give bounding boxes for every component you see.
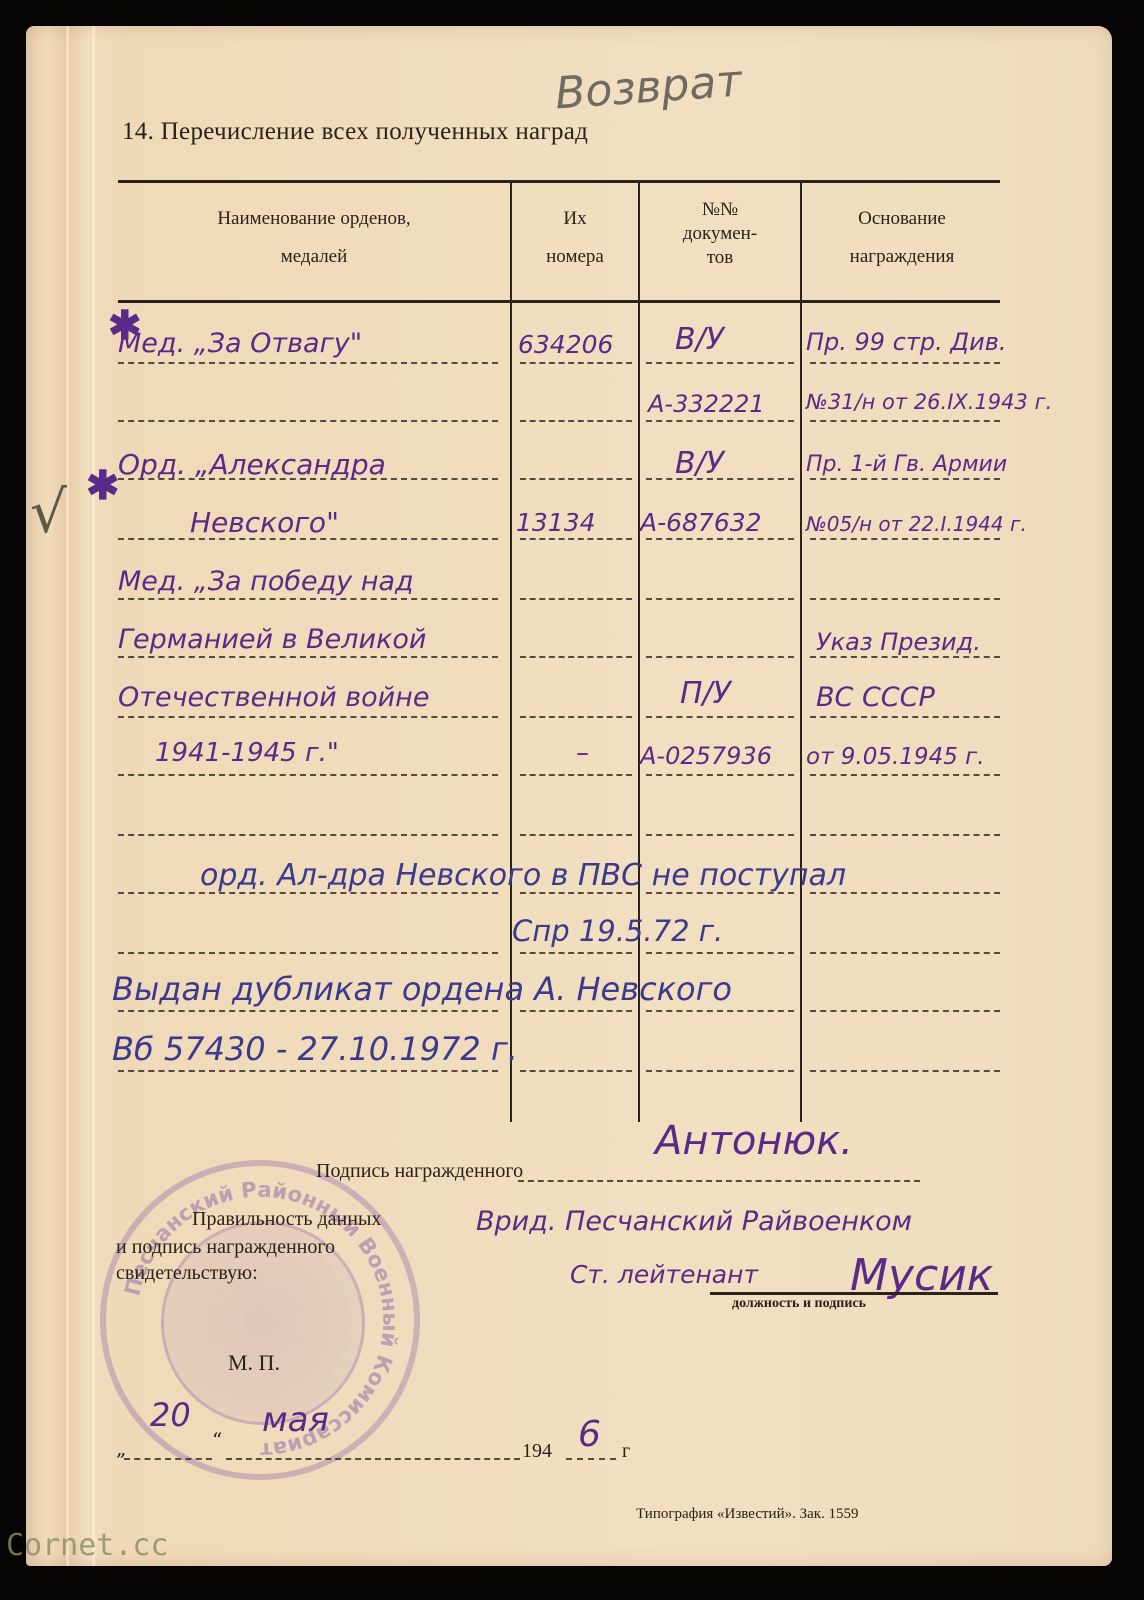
award-name: Мед. „За победу над (118, 566, 414, 597)
row-dotted-line (520, 1010, 632, 1012)
recipient-signature-label: Подпись награжденного (316, 1160, 523, 1183)
row-dotted-line (118, 774, 498, 776)
row-dotted-line (646, 952, 794, 954)
award-basis: №05/н от 22.I.1944 г. (806, 512, 1027, 536)
asterisk-mark: ✱ (86, 462, 120, 509)
certify-label: свидетельствую: (116, 1262, 258, 1285)
section-title: 14. Перечисление всех полученных наград (122, 118, 588, 146)
column-divider (800, 182, 802, 1122)
row-dotted-line (520, 1070, 632, 1072)
date-year-line (566, 1458, 616, 1460)
date-day-line (124, 1458, 212, 1460)
row-dotted-line (646, 834, 794, 836)
row-dotted-line (646, 1070, 794, 1072)
seal-label: М. П. (228, 1350, 280, 1376)
award-name: Германией в Великой (118, 624, 426, 655)
award-basis: №31/н от 26.IX.1943 г. (806, 390, 1052, 414)
award-name: Орд. „Александра (118, 448, 386, 481)
award-doc: А-687632 (640, 508, 762, 537)
date-year-suffix: 6 (578, 1414, 601, 1455)
row-dotted-line (118, 598, 498, 600)
award-name: Отечественной войне (118, 682, 429, 713)
award-number: – (576, 738, 589, 768)
row-dotted-line (520, 834, 632, 836)
row-dotted-line (520, 716, 632, 718)
row-dotted-line (810, 598, 1000, 600)
row-dotted-line (118, 1070, 498, 1072)
paper-fold (66, 26, 69, 1566)
award-doc: П/У (680, 676, 731, 711)
blue-note: Выдан дубликат ордена А. Невского (112, 970, 732, 1008)
award-basis: Пр. 1-й Гв. Армии (806, 452, 1007, 477)
row-dotted-line (646, 538, 794, 540)
row-dotted-line (520, 774, 632, 776)
row-dotted-line (520, 656, 632, 658)
row-dotted-line (520, 538, 632, 540)
row-dotted-line (810, 1070, 1000, 1072)
row-dotted-line (118, 834, 498, 836)
officer-title: Врид. Песчанский Райвоенком (476, 1206, 912, 1237)
table-header-rule (118, 300, 1000, 303)
row-dotted-line (520, 952, 632, 954)
row-dotted-line (810, 716, 1000, 718)
award-name: Невского" (190, 506, 339, 539)
row-dotted-line (118, 420, 498, 422)
row-dotted-line (810, 538, 1000, 540)
row-dotted-line (810, 774, 1000, 776)
row-dotted-line (810, 362, 1000, 364)
certify-label: и подпись награжденного (116, 1236, 335, 1259)
date-g: г (622, 1440, 630, 1463)
row-dotted-line (810, 834, 1000, 836)
recipient-signature: Антонюк. (655, 1118, 853, 1164)
award-number: 13134 (516, 508, 596, 537)
table-top-rule (118, 180, 1000, 183)
row-dotted-line (520, 362, 632, 364)
row-dotted-line (118, 952, 498, 954)
header-basis: Основание награждения (802, 207, 1002, 269)
row-dotted-line (118, 1010, 498, 1012)
row-dotted-line (810, 420, 1000, 422)
watermark: Cornet.cc (6, 1528, 169, 1563)
row-dotted-line (118, 656, 498, 658)
award-basis: ВС СССР (816, 682, 935, 713)
row-dotted-line (646, 362, 794, 364)
quote-mark: “ (212, 1428, 222, 1452)
award-name: Мед. „За Отвагу" (118, 328, 362, 359)
row-dotted-line (118, 716, 498, 718)
quote-mark: „ (116, 1436, 126, 1460)
row-dotted-line (810, 1010, 1000, 1012)
row-dotted-line (646, 1010, 794, 1012)
row-dotted-line (520, 598, 632, 600)
row-dotted-line (810, 656, 1000, 658)
award-doc: В/У (675, 446, 724, 481)
row-dotted-line (810, 478, 1000, 480)
award-basis: от 9.05.1945 г. (806, 744, 985, 770)
row-dotted-line (646, 598, 794, 600)
row-dotted-line (520, 478, 632, 480)
award-basis: Указ Презид. (816, 628, 981, 656)
award-number: 634206 (518, 330, 613, 359)
row-dotted-line (520, 420, 632, 422)
date-month: мая (262, 1400, 329, 1440)
row-dotted-line (646, 420, 794, 422)
header-documents: №№ докумен- тов (640, 198, 800, 270)
blue-note: Спр 19.5.72 г. (512, 914, 723, 948)
date-day: 20 (150, 1396, 191, 1434)
header-award-name: Наименование орденов, медалей (120, 207, 508, 269)
officer-rank: Ст. лейтенант (570, 1260, 758, 1289)
row-dotted-line (646, 716, 794, 718)
certify-label: Правильность данных (192, 1208, 381, 1231)
row-dotted-line (810, 952, 1000, 954)
row-dotted-line (646, 656, 794, 658)
date-year-prefix: 194 (522, 1440, 552, 1463)
date-month-line (226, 1458, 520, 1460)
header-numbers: Их номера (512, 207, 638, 269)
award-name: 1941-1945 г." (155, 738, 339, 768)
row-dotted-line (646, 774, 794, 776)
row-dotted-line (118, 362, 498, 364)
printer-imprint: Типография «Известий». Зак. 1559 (636, 1506, 859, 1523)
signature-line (518, 1180, 920, 1182)
pencil-checkmark: √ (30, 478, 67, 546)
blue-note: орд. Ал-дра Невского в ПВС не поступал (200, 858, 846, 893)
blue-note: Вб 57430 - 27.10.1972 г. (112, 1030, 518, 1068)
award-doc: А-0257936 (640, 742, 772, 770)
award-basis: Пр. 99 стр. Див. (806, 328, 1007, 356)
paper-fold (92, 26, 95, 1566)
position-line (710, 1292, 998, 1295)
position-caption: должность и подпись (732, 1296, 866, 1312)
award-doc: В/У (675, 322, 724, 357)
award-doc: А-332221 (648, 390, 765, 418)
